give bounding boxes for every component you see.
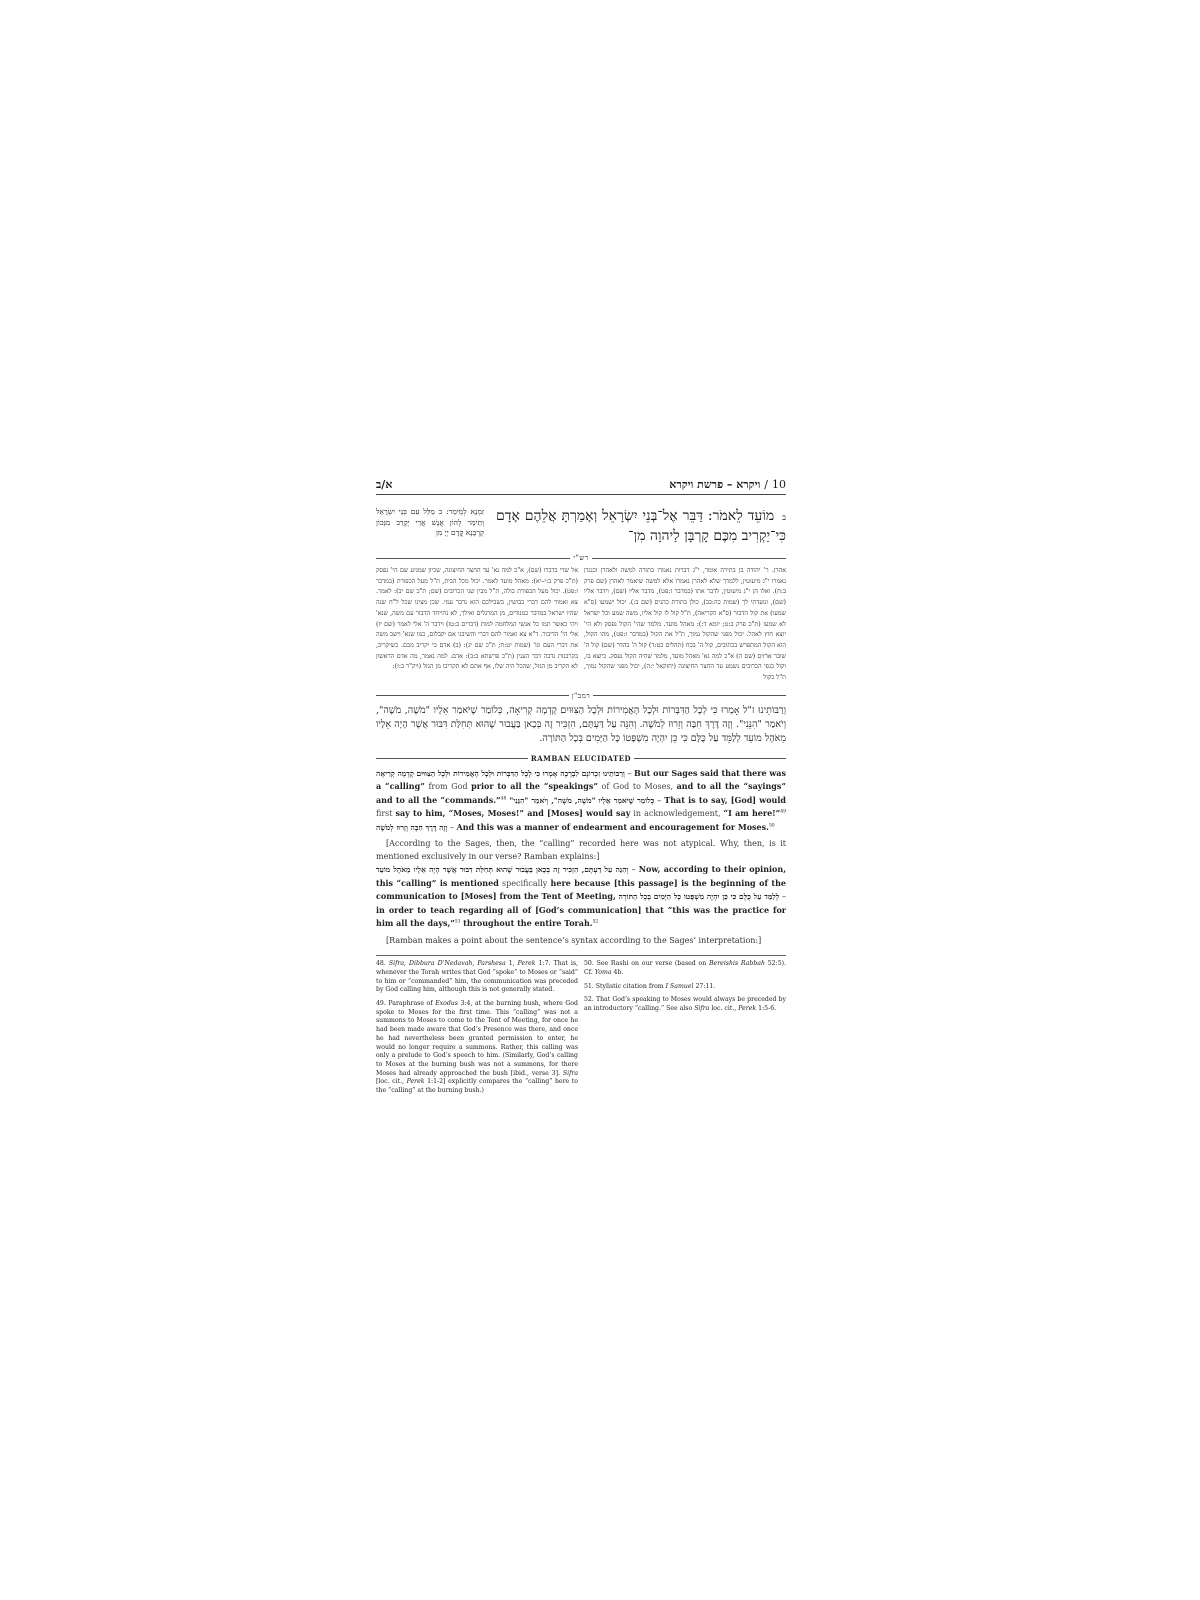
ramban-elucidated: וְרַבּוֹתֵינוּ זִכְרוֹנָם לִבְרָכָה אָמְ…: [376, 767, 786, 948]
footnote-49: 49. Paraphrase of Exodus 3:4, at the bur…: [376, 1000, 578, 1096]
footnote-48: 48. Sifra, Dibbura D’Nedavah, Parshesa 1…: [376, 960, 578, 995]
editorial-note-1: [According to the Sages, then, the “call…: [376, 838, 786, 863]
footnote-ref[interactable]: 52: [593, 920, 599, 925]
rashi-column-left: אל שדי בדברו (שם), א"כ למה נא' עד החצר ה…: [376, 566, 578, 684]
ramban-label: רמב"ן: [569, 692, 593, 700]
torah-verse: ב מוֹעֵד לֵאמֹר: דַּבֵּר אֶל־בְּנֵי יִשְ…: [496, 507, 786, 546]
rashi-commentary: אהרן. ר' יהודה בן בתירה אומר, י"ג דברות …: [376, 566, 786, 684]
footnote-divider: [376, 955, 786, 956]
footnote-ref[interactable]: 49: [780, 810, 786, 815]
footnotes-column-left: 48. Sifra, Dibbura D’Nedavah, Parshesa 1…: [376, 960, 578, 1101]
chapter-verse-ref: א/ב: [376, 478, 392, 491]
footnote-ref[interactable]: 51: [455, 920, 461, 925]
page-separator: /: [764, 478, 768, 491]
running-head: א/ב 10 / ויקרא – פרשת ויקרא: [376, 478, 786, 495]
page-number: 10: [772, 478, 786, 491]
footnotes: 48. Sifra, Dibbura D’Nedavah, Parshesa 1…: [376, 960, 786, 1101]
ramban-elucidated-divider: RAMBAN ELUCIDATED: [376, 754, 786, 763]
page-title: ויקרא – פרשת ויקרא: [669, 478, 760, 491]
footnote-ref[interactable]: 50: [769, 823, 775, 828]
book-page: א/ב 10 / ויקרא – פרשת ויקרא ב מוֹעֵד לֵא…: [376, 478, 786, 1101]
elucidated-paragraph-2: וְהִנֵּה עַל דַּעְתָּם, הִזְכִּיר זֶה בְ…: [376, 863, 786, 931]
footnote-52: 52. That God’s speaking to Moses would a…: [584, 996, 786, 1013]
footnote-51: 51. Stylistic citation from I Samuel 27:…: [584, 983, 786, 992]
rashi-column-right: אהרן. ר' יהודה בן בתירה אומר, י"ג דברות …: [584, 566, 786, 684]
elucidated-paragraph-1: וְרַבּוֹתֵינוּ זִכְרוֹנָם לִבְרָכָה אָמְ…: [376, 767, 786, 835]
targum-onkelos: זִמְנָא לְמֵימַר: ב מַלֵּל עִם בְּנֵי יִ…: [376, 507, 484, 546]
rashi-divider: רש"י: [376, 554, 786, 562]
rashi-label: רש"י: [570, 554, 591, 562]
editorial-note-2: [Ramban makes a point about the sentence…: [376, 935, 786, 948]
footnote-50: 50. See Rashi on our verse (based on Ber…: [584, 960, 786, 977]
footnotes-column-right: 50. See Rashi on our verse (based on Ber…: [584, 960, 786, 1101]
verse-block: ב מוֹעֵד לֵאמֹר: דַּבֵּר אֶל־בְּנֵי יִשְ…: [376, 507, 786, 546]
verse-number: ב: [782, 513, 786, 522]
ramban-divider: רמב"ן: [376, 692, 786, 700]
page-title-group: 10 / ויקרא – פרשת ויקרא: [669, 478, 786, 491]
ramban-hebrew-text: וְרַבּוֹתֵינוּ ז"ל אָמְרוּ כִּי לְכָל הַ…: [376, 704, 786, 746]
verse-text: מוֹעֵד לֵאמֹר: דַּבֵּר אֶל־בְּנֵי יִשְׂר…: [496, 508, 786, 544]
footnote-ref[interactable]: 48: [501, 796, 507, 801]
ramban-elucidated-label: RAMBAN ELUCIDATED: [528, 754, 634, 763]
